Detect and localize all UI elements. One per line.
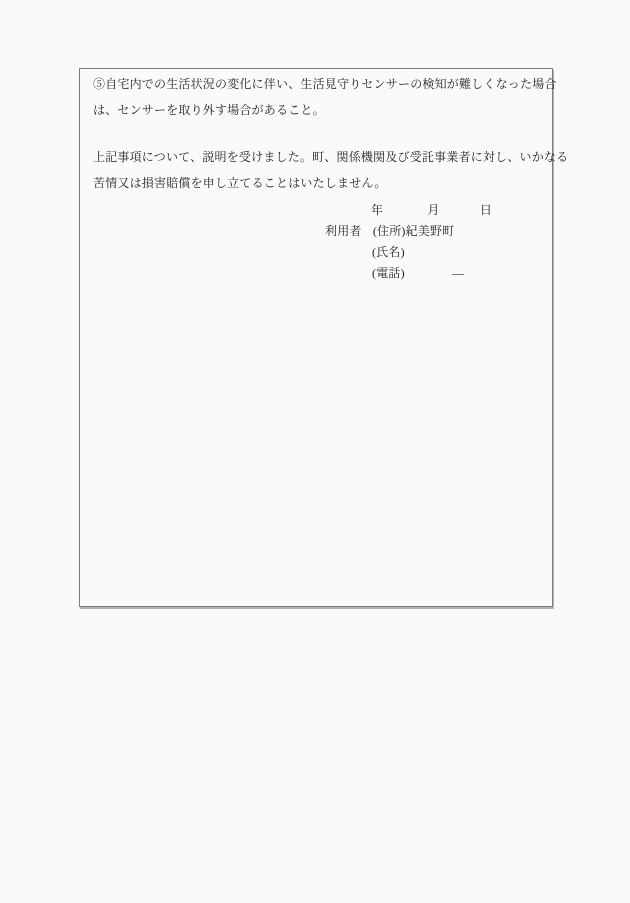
signature-block: 年 月 日 利用者 (住所)紀美野町 (氏名) (電話) ― [93, 200, 542, 284]
document-border-box: ⑤自宅内での生活状況の変化に伴い、生活見守りセンサーの検知が難しくなった場合 は… [79, 68, 553, 607]
name-line: (氏名) [93, 242, 542, 263]
phone-label: (電話) [372, 266, 405, 280]
phone-line: (電話) ― [93, 263, 542, 284]
document-page: ⑤自宅内での生活状況の変化に伴い、生活見守りセンサーの検知が難しくなった場合 は… [0, 0, 630, 903]
acknowledgement-paragraph: 上記事項について、説明を受けました。町、関係機関及び受託事業者に対し、いかなる … [93, 144, 542, 196]
user-address-line: 利用者 (住所)紀美野町 [93, 221, 542, 242]
date-year-label: 年 [371, 203, 383, 217]
name-label: (氏名) [372, 245, 405, 259]
date-month-label: 月 [427, 203, 439, 217]
clause-5-line-1: ⑤自宅内での生活状況の変化に伴い、生活見守りセンサーの検知が難しくなった場合 [93, 71, 542, 97]
clause-5-paragraph: ⑤自宅内での生活状況の変化に伴い、生活見守りセンサーの検知が難しくなった場合 は… [93, 71, 542, 123]
date-line: 年 月 日 [93, 200, 542, 221]
phone-separator-dash: ― [452, 266, 464, 280]
date-day-label: 日 [480, 203, 492, 217]
address-label: (住所)紀美野町 [373, 224, 455, 238]
acknowledgement-line-1: 上記事項について、説明を受けました。町、関係機関及び受託事業者に対し、いかなる [93, 144, 542, 170]
clause-5-line-2: は、センサーを取り外す場合があること。 [93, 97, 542, 123]
user-label: 利用者 [325, 224, 362, 238]
acknowledgement-line-2: 苦情又は損害賠償を申し立てることはいたしません。 [93, 170, 542, 196]
